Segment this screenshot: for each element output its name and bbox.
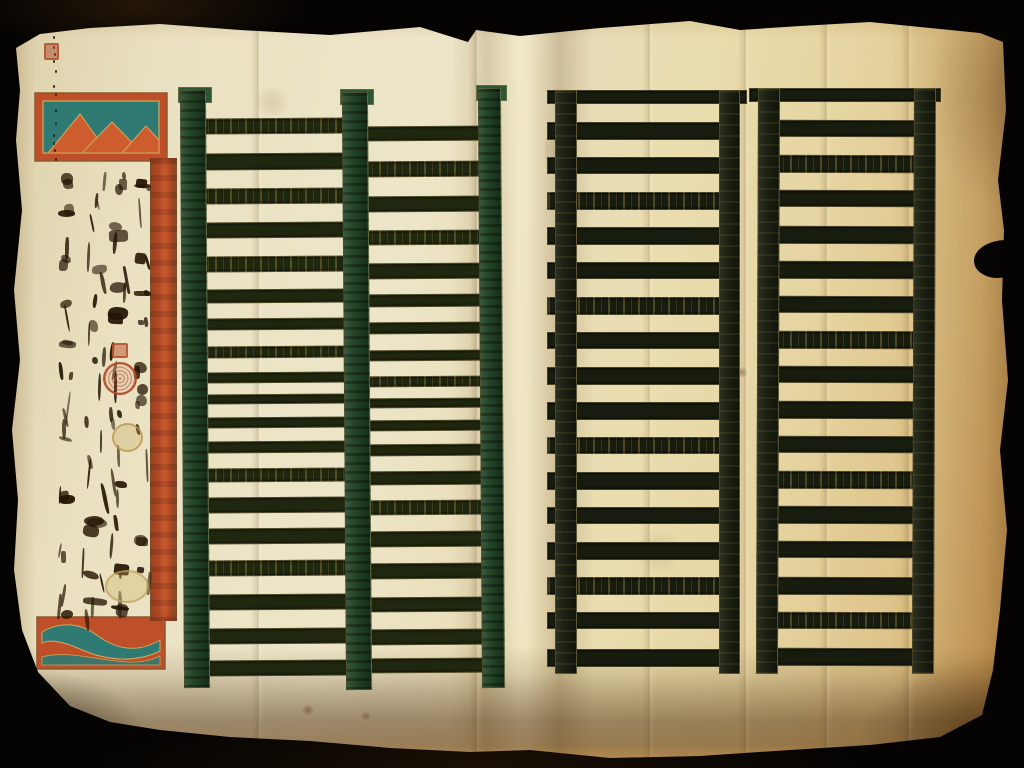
margin-dot <box>55 93 57 96</box>
margin-dot <box>53 134 55 137</box>
script-stroke <box>92 357 98 364</box>
script-stroke <box>101 347 107 368</box>
script-stroke <box>99 573 105 593</box>
age-stain <box>250 88 294 116</box>
script-stroke <box>109 230 128 243</box>
script-stroke <box>115 481 127 488</box>
script-stroke <box>100 430 103 453</box>
ladder-rung <box>348 349 501 361</box>
script-stroke <box>134 401 140 410</box>
ladder-rung <box>184 416 368 428</box>
script-stroke <box>91 294 98 309</box>
script-stroke <box>123 282 126 303</box>
ladder-rung <box>184 496 368 513</box>
ladder-rail <box>756 88 780 674</box>
script-stroke <box>108 533 114 559</box>
script-stroke <box>84 416 91 429</box>
script-stroke <box>58 436 71 442</box>
margin-dot <box>55 70 57 73</box>
ladder-rung <box>759 612 934 630</box>
manuscript-photo <box>0 0 1024 768</box>
script-stroke <box>69 371 74 379</box>
ladder-rung <box>184 187 368 204</box>
ladder-rung <box>759 506 934 525</box>
script-stroke <box>89 214 95 232</box>
margin-dot <box>53 85 55 88</box>
script-stroke <box>114 515 119 531</box>
ladder-rail <box>555 90 577 674</box>
ladder-rail <box>719 90 740 674</box>
age-stain <box>300 705 316 715</box>
ladder-rung <box>759 261 934 280</box>
ladder-rung <box>759 366 934 384</box>
script-stroke <box>143 317 149 327</box>
seal-red-square <box>112 343 128 358</box>
script-stroke <box>138 320 144 326</box>
script-stroke <box>115 184 123 195</box>
ladder-rung <box>348 499 501 515</box>
ladder-rail <box>180 90 210 688</box>
script-stroke <box>86 242 91 272</box>
seal-gold-round <box>112 423 143 452</box>
margin-dot <box>53 60 55 63</box>
script-stroke <box>90 597 93 617</box>
ladder-rung <box>759 190 934 208</box>
script-stroke <box>117 410 123 418</box>
wave-plaque <box>36 616 166 670</box>
ladder-rung <box>184 152 368 170</box>
ladder-rung <box>184 255 368 272</box>
script-stroke <box>82 523 100 537</box>
script-stroke <box>62 179 73 190</box>
script-stroke <box>101 482 111 514</box>
ladder-rung <box>759 401 934 420</box>
script-stroke <box>59 259 68 271</box>
parchment-spread <box>0 0 1024 768</box>
seal-gold-oval <box>105 570 149 603</box>
ladder-rung <box>759 436 934 454</box>
script-stroke <box>82 597 106 607</box>
script-stroke <box>86 458 91 489</box>
fold-crease <box>251 0 265 768</box>
ladder-rung <box>184 221 368 238</box>
ladder-rung <box>184 659 368 676</box>
ladder-rung <box>348 293 501 307</box>
ladder-rung <box>184 527 368 544</box>
script-stroke <box>115 602 129 617</box>
ladder-rung <box>759 226 934 245</box>
script-stroke <box>89 320 98 332</box>
ladder-rung <box>759 577 934 596</box>
script-stroke <box>102 171 106 190</box>
ladder-rung <box>184 393 368 404</box>
ladder-rung <box>348 397 501 408</box>
script-stroke <box>58 209 76 217</box>
ladder-rung <box>348 419 501 431</box>
script-stroke <box>59 362 64 380</box>
script-stroke <box>100 272 107 294</box>
script-stroke <box>88 322 91 346</box>
ladder-rung <box>348 443 501 456</box>
ladder-rung <box>348 262 501 279</box>
script-stroke <box>116 489 119 508</box>
script-stroke <box>82 570 99 580</box>
ladder-rung <box>184 440 368 453</box>
script-stroke <box>96 199 100 210</box>
ladder-rail <box>912 88 936 674</box>
ladder-rung <box>184 467 368 482</box>
ladder-rung <box>759 331 934 350</box>
torn-edge-blob <box>974 240 1024 278</box>
ladder-rail <box>478 88 505 688</box>
ladder-rung <box>184 288 368 303</box>
ladder-rung <box>759 541 934 559</box>
fold-crease <box>738 0 752 768</box>
ladder-rung <box>759 648 934 667</box>
seal-red-tiny <box>44 43 59 60</box>
ladder-rung <box>184 117 368 134</box>
ladder-rung <box>348 470 501 485</box>
seal-red-round <box>103 362 137 395</box>
ladder-rail <box>342 92 372 690</box>
margin-dot <box>54 27 56 30</box>
ladder-rung <box>348 375 501 387</box>
script-stroke <box>59 340 77 349</box>
ladder-rung <box>184 345 368 358</box>
script-stroke <box>136 384 148 396</box>
ladder-rung <box>759 471 934 490</box>
margin-dot <box>53 36 55 39</box>
ladder-rung <box>184 593 368 610</box>
script-stroke <box>133 535 146 547</box>
age-stain <box>360 712 372 720</box>
script-stroke <box>97 372 102 400</box>
ladder-rung <box>184 317 368 330</box>
ladder-rung <box>184 559 368 576</box>
script-stroke <box>145 449 148 483</box>
script-stroke <box>61 551 66 563</box>
ladder-rung <box>348 321 501 334</box>
margin-dot <box>54 149 56 152</box>
ladder-rung <box>184 371 368 383</box>
margin-dot <box>53 142 55 145</box>
margin-dot <box>55 109 57 112</box>
ladder-rung <box>759 296 934 314</box>
margin-dot <box>53 14 55 17</box>
script-stroke <box>138 198 142 228</box>
script-stroke <box>59 495 75 504</box>
ladder-rung <box>184 627 368 644</box>
ladder-rung <box>759 120 934 138</box>
script-stroke <box>108 312 123 324</box>
vermilion-stripe <box>150 158 177 621</box>
ladder-top-bar <box>547 90 747 104</box>
ladder-rung <box>759 155 934 174</box>
